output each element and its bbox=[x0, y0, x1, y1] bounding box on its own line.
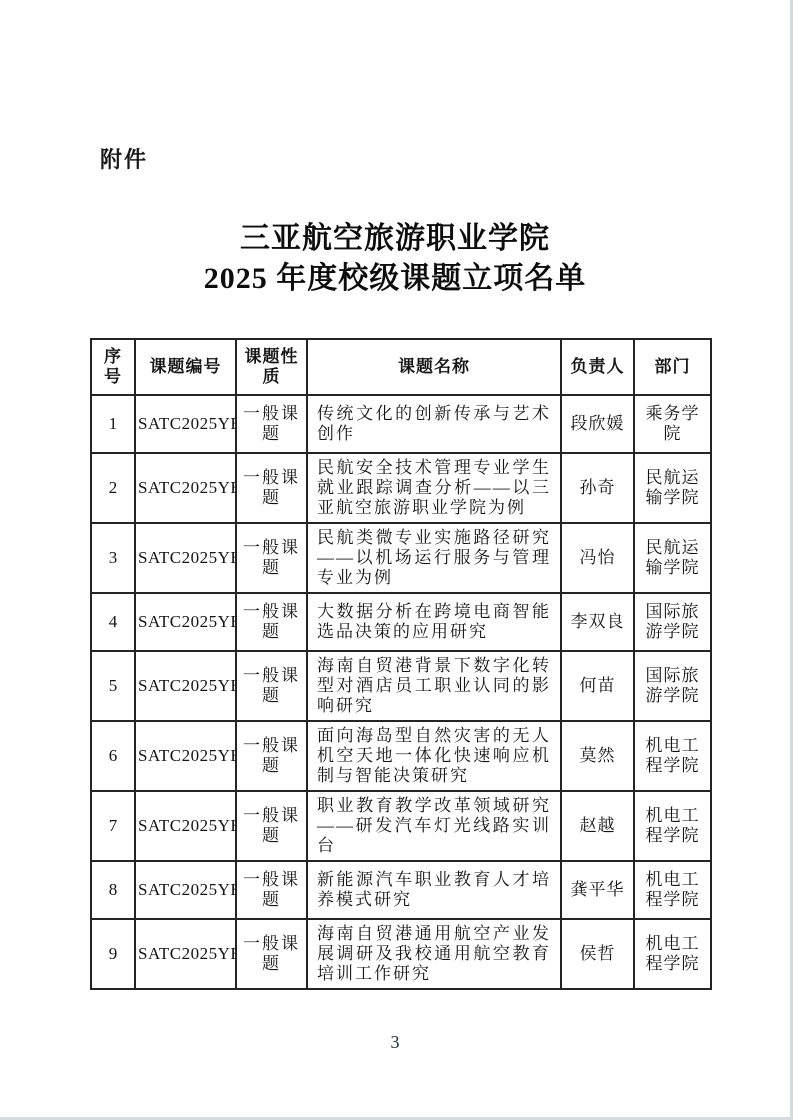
header-no: 序号 bbox=[91, 339, 135, 395]
cell-project-type: 一般课题 bbox=[236, 453, 307, 523]
table-row: 3 SATC2025YB-03 一般课题 民航类微专业实施路径研究——以机场运行… bbox=[91, 523, 711, 593]
cell-project-code: SATC2025YB-05 bbox=[135, 651, 236, 721]
cell-no: 7 bbox=[91, 791, 135, 861]
table-row: 9 SATC2025YB-09 一般课题 海南自贸港通用航空产业发展调研及我校通… bbox=[91, 919, 711, 989]
cell-project-type: 一般课题 bbox=[236, 721, 307, 791]
cell-no: 1 bbox=[91, 395, 135, 453]
cell-project-type: 一般课题 bbox=[236, 861, 307, 919]
cell-leader: 龚平华 bbox=[561, 861, 634, 919]
cell-project-name: 新能源汽车职业教育人才培养模式研究 bbox=[307, 861, 561, 919]
cell-no: 2 bbox=[91, 453, 135, 523]
document-page: 附件 三亚航空旅游职业学院 2025 年度校级课题立项名单 序号 课题编号 课题… bbox=[0, 0, 793, 1120]
project-approval-table: 序号 课题编号 课题性质 课题名称 负责人 部门 1 SATC2025YB-01… bbox=[90, 338, 712, 990]
cell-no: 3 bbox=[91, 523, 135, 593]
cell-no: 9 bbox=[91, 919, 135, 989]
cell-department: 民航运输学院 bbox=[634, 523, 711, 593]
cell-department: 机电工程学院 bbox=[634, 919, 711, 989]
attachment-label: 附件 bbox=[100, 143, 148, 174]
cell-project-code: SATC2025YB-06 bbox=[135, 721, 236, 791]
cell-project-code: SATC2025YB-04 bbox=[135, 593, 236, 651]
cell-project-name: 传统文化的创新传承与艺术创作 bbox=[307, 395, 561, 453]
document-title: 三亚航空旅游职业学院 2025 年度校级课题立项名单 bbox=[0, 219, 790, 299]
header-type: 课题性质 bbox=[236, 339, 307, 395]
table-row: 8 SATC2025YB-08 一般课题 新能源汽车职业教育人才培养模式研究 龚… bbox=[91, 861, 711, 919]
table-row: 2 SATC2025YB-02 一般课题 民航安全技术管理专业学生就业跟踪调查分… bbox=[91, 453, 711, 523]
cell-department: 国际旅游学院 bbox=[634, 593, 711, 651]
cell-department: 民航运输学院 bbox=[634, 453, 711, 523]
cell-project-name: 面向海岛型自然灾害的无人机空天地一体化快速响应机制与智能决策研究 bbox=[307, 721, 561, 791]
table-header-row: 序号 课题编号 课题性质 课题名称 负责人 部门 bbox=[91, 339, 711, 395]
cell-project-type: 一般课题 bbox=[236, 593, 307, 651]
cell-project-type: 一般课题 bbox=[236, 523, 307, 593]
cell-project-code: SATC2025YB-07 bbox=[135, 791, 236, 861]
cell-project-name: 民航类微专业实施路径研究——以机场运行服务与管理专业为例 bbox=[307, 523, 561, 593]
document-title-line2: 2025 年度校级课题立项名单 bbox=[0, 259, 790, 299]
cell-project-name: 大数据分析在跨境电商智能选品决策的应用研究 bbox=[307, 593, 561, 651]
cell-project-code: SATC2025YB-09 bbox=[135, 919, 236, 989]
header-leader: 负责人 bbox=[561, 339, 634, 395]
header-department: 部门 bbox=[634, 339, 711, 395]
cell-leader: 冯怡 bbox=[561, 523, 634, 593]
cell-no: 5 bbox=[91, 651, 135, 721]
cell-project-name: 职业教育教学改革领域研究——研发汽车灯光线路实训台 bbox=[307, 791, 561, 861]
cell-project-type: 一般课题 bbox=[236, 651, 307, 721]
cell-department: 机电工程学院 bbox=[634, 861, 711, 919]
table-row: 7 SATC2025YB-07 一般课题 职业教育教学改革领域研究——研发汽车灯… bbox=[91, 791, 711, 861]
table-header: 序号 课题编号 课题性质 课题名称 负责人 部门 bbox=[91, 339, 711, 395]
cell-project-name: 海南自贸港通用航空产业发展调研及我校通用航空教育培训工作研究 bbox=[307, 919, 561, 989]
header-code: 课题编号 bbox=[135, 339, 236, 395]
cell-department: 乘务学院 bbox=[634, 395, 711, 453]
cell-no: 4 bbox=[91, 593, 135, 651]
table-body: 1 SATC2025YB-01 一般课题 传统文化的创新传承与艺术创作 段欣媛 … bbox=[91, 395, 711, 989]
cell-leader: 何苗 bbox=[561, 651, 634, 721]
cell-leader: 侯哲 bbox=[561, 919, 634, 989]
table-row: 6 SATC2025YB-06 一般课题 面向海岛型自然灾害的无人机空天地一体化… bbox=[91, 721, 711, 791]
cell-project-type: 一般课题 bbox=[236, 791, 307, 861]
cell-project-code: SATC2025YB-02 bbox=[135, 453, 236, 523]
cell-leader: 莫然 bbox=[561, 721, 634, 791]
table-row: 4 SATC2025YB-04 一般课题 大数据分析在跨境电商智能选品决策的应用… bbox=[91, 593, 711, 651]
cell-project-type: 一般课题 bbox=[236, 395, 307, 453]
cell-leader: 孙奇 bbox=[561, 453, 634, 523]
cell-no: 6 bbox=[91, 721, 135, 791]
cell-department: 机电工程学院 bbox=[634, 721, 711, 791]
cell-department: 机电工程学院 bbox=[634, 791, 711, 861]
cell-project-name: 海南自贸港背景下数字化转型对酒店员工职业认同的影响研究 bbox=[307, 651, 561, 721]
document-title-line1: 三亚航空旅游职业学院 bbox=[0, 219, 790, 259]
header-name: 课题名称 bbox=[307, 339, 561, 395]
cell-project-code: SATC2025YB-08 bbox=[135, 861, 236, 919]
cell-leader: 赵越 bbox=[561, 791, 634, 861]
cell-project-name: 民航安全技术管理专业学生就业跟踪调查分析——以三亚航空旅游职业学院为例 bbox=[307, 453, 561, 523]
page-number: 3 bbox=[0, 1032, 790, 1053]
cell-leader: 段欣媛 bbox=[561, 395, 634, 453]
cell-project-type: 一般课题 bbox=[236, 919, 307, 989]
cell-department: 国际旅游学院 bbox=[634, 651, 711, 721]
table-row: 5 SATC2025YB-05 一般课题 海南自贸港背景下数字化转型对酒店员工职… bbox=[91, 651, 711, 721]
cell-leader: 李双良 bbox=[561, 593, 634, 651]
table-row: 1 SATC2025YB-01 一般课题 传统文化的创新传承与艺术创作 段欣媛 … bbox=[91, 395, 711, 453]
cell-no: 8 bbox=[91, 861, 135, 919]
cell-project-code: SATC2025YB-01 bbox=[135, 395, 236, 453]
cell-project-code: SATC2025YB-03 bbox=[135, 523, 236, 593]
